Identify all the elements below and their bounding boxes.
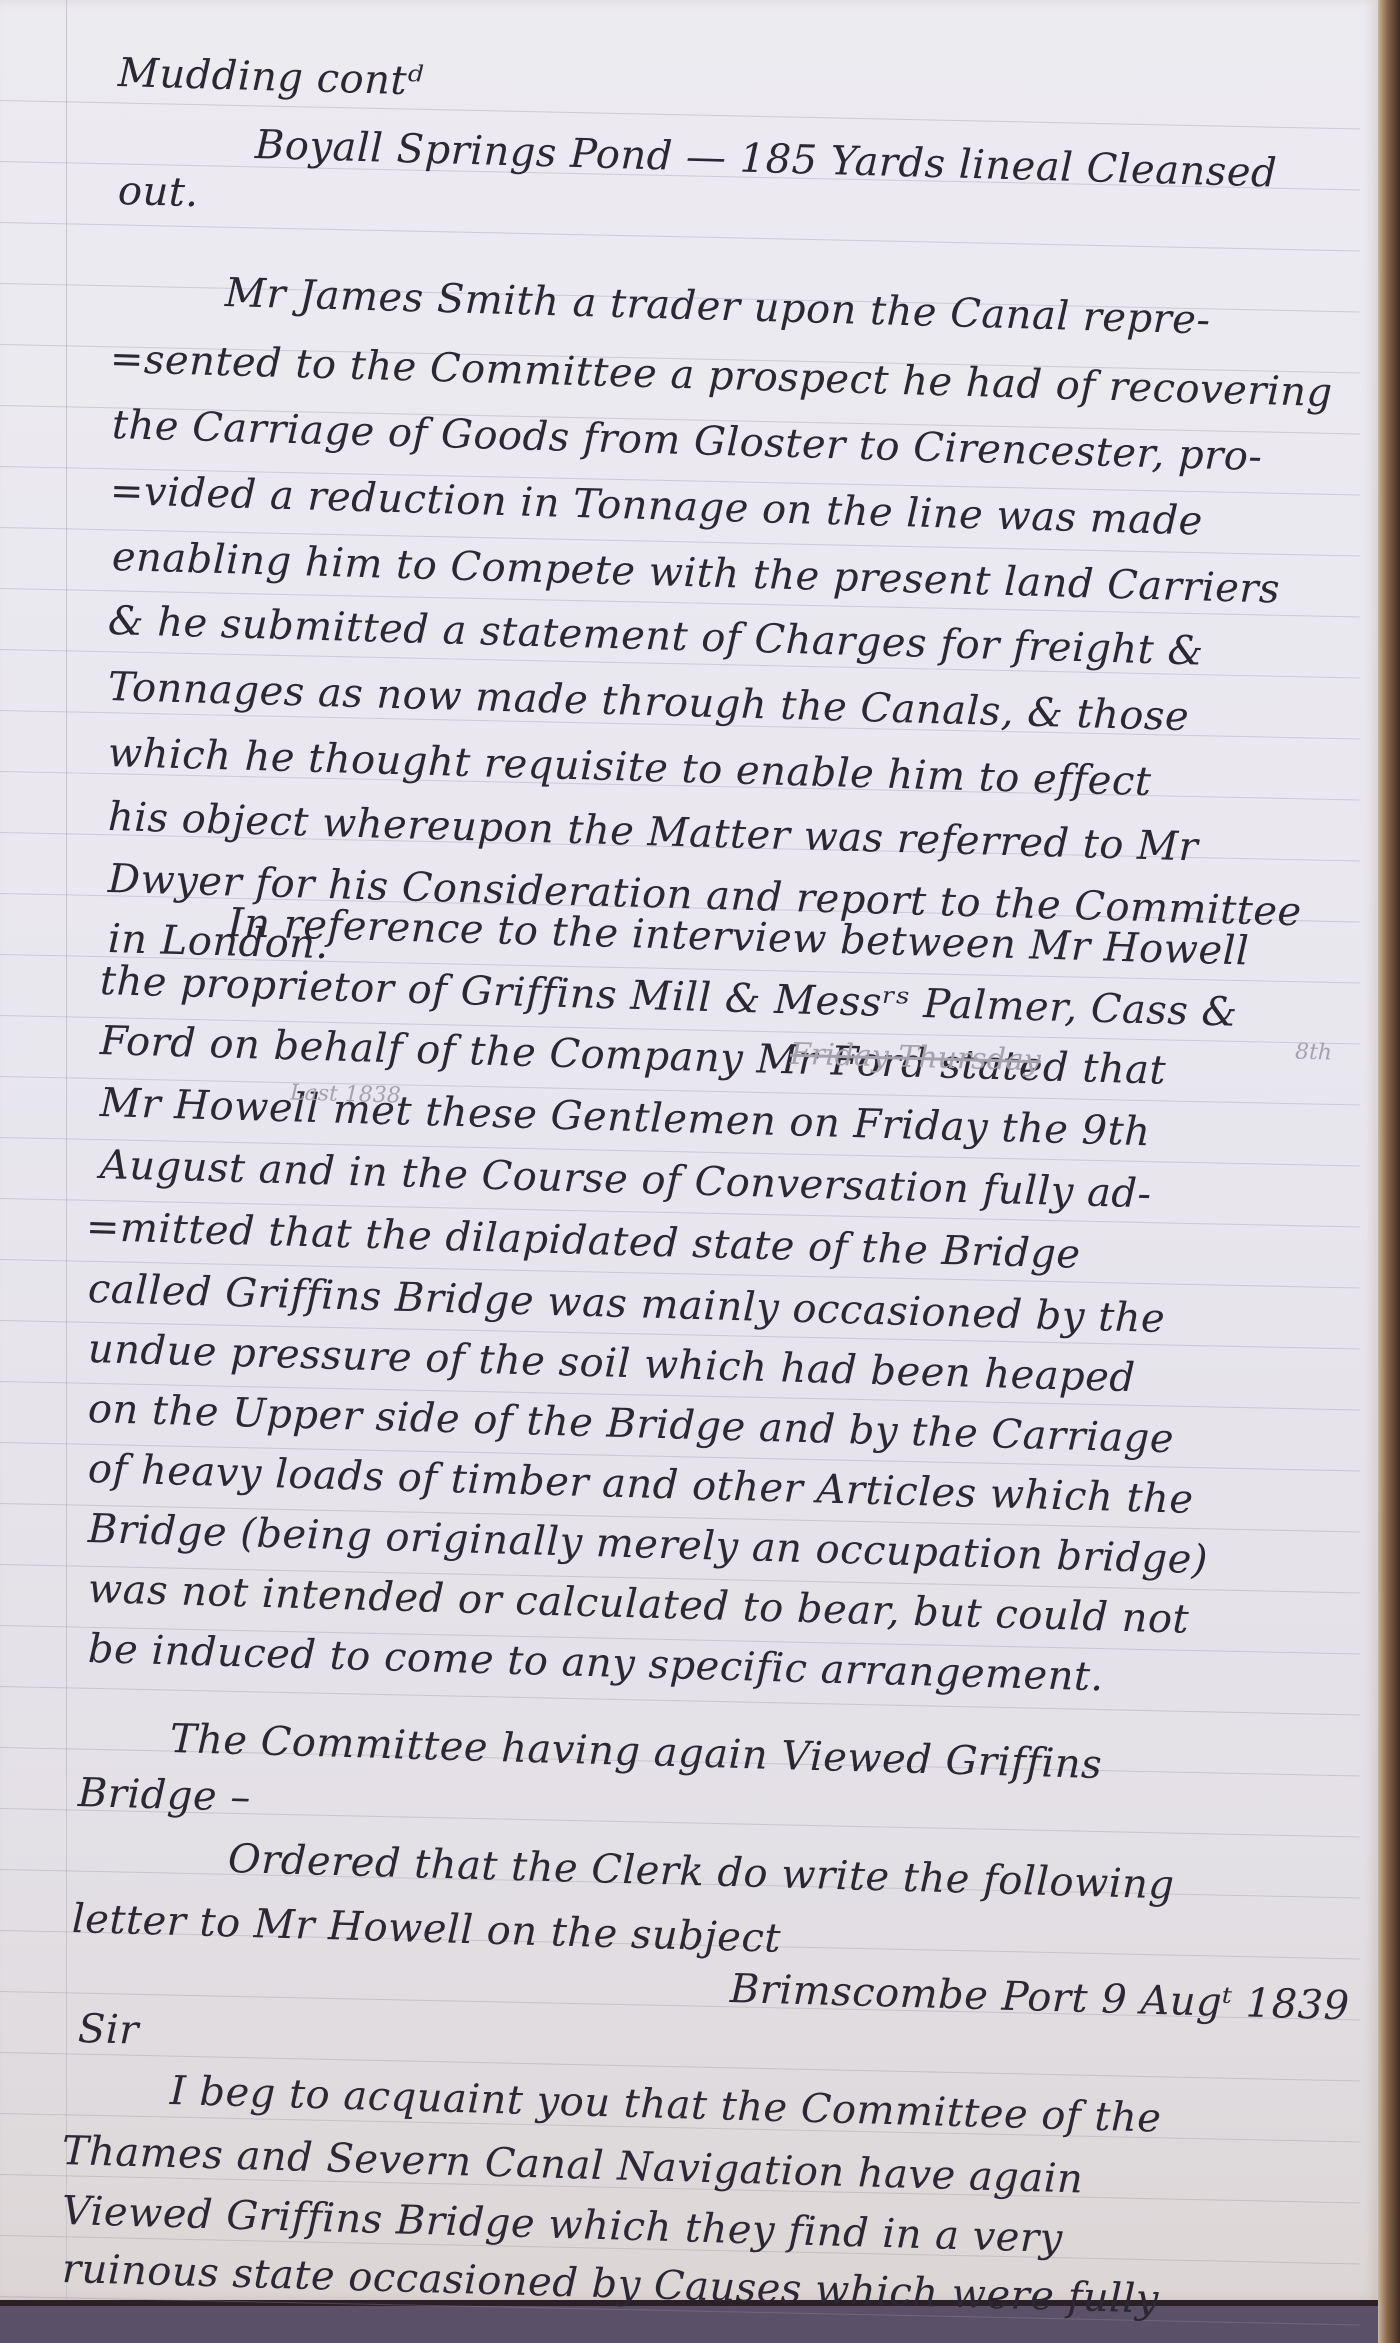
book-binding-edge (1378, 0, 1400, 2343)
handwritten-line: =mitted that the dilapidated state of th… (85, 1204, 1081, 1278)
handwritten-line: I beg to acquaint you that the Committee… (169, 2068, 1162, 2142)
handwritten-line: Bridge – (77, 1770, 251, 1821)
pencil-annotation: 8th (1295, 1040, 1333, 1066)
handwritten-line: Tonnages as now made through the Canals,… (107, 664, 1189, 740)
handwritten-line: Mudding contᵈ (117, 50, 424, 105)
handwritten-line: the Carriage of Goods from Gloster to Ci… (111, 402, 1263, 480)
handwritten-line: which he thought requisite to enable him… (107, 730, 1152, 805)
handwritten-line: Mr Howell met these Gentlemen on Friday … (99, 1080, 1151, 1155)
handwritten-line: =sented to the Committee a prospect he h… (109, 336, 1333, 416)
ruled-line (0, 1686, 1360, 1715)
pencil-annotation: Last 1838 (290, 1081, 401, 1109)
handwritten-line: letter to Mr Howell on the subject (71, 1896, 781, 1962)
handwritten-line: The Committee having again Viewed Griffi… (169, 1716, 1102, 1788)
handwritten-line: Sir (77, 2006, 139, 2054)
ruled-line (0, 100, 1360, 129)
pencil-annotation: Friday Thursday (790, 1037, 1042, 1079)
handwritten-line: Mr James Smith a trader upon the Canal r… (224, 270, 1211, 344)
ruled-line (0, 222, 1360, 251)
ledger-page: Mudding contᵈBoyall Springs Pond — 185 Y… (0, 0, 1378, 2306)
handwritten-line: out. (117, 168, 199, 216)
handwritten-line: enabling him to Compete with the present… (111, 534, 1280, 613)
handwritten-line: Brimscombe Port 9 Augᵗ 1839 (729, 1966, 1350, 2029)
handwritten-line: August and in the Course of Conversation… (99, 1142, 1152, 1217)
handwritten-line: Boyall Springs Pond — 185 Yards lineal C… (254, 122, 1277, 197)
handwritten-line: his object whereupon the Matter was refe… (107, 794, 1198, 870)
handwritten-line: Ordered that the Clerk do write the foll… (227, 1836, 1175, 1908)
